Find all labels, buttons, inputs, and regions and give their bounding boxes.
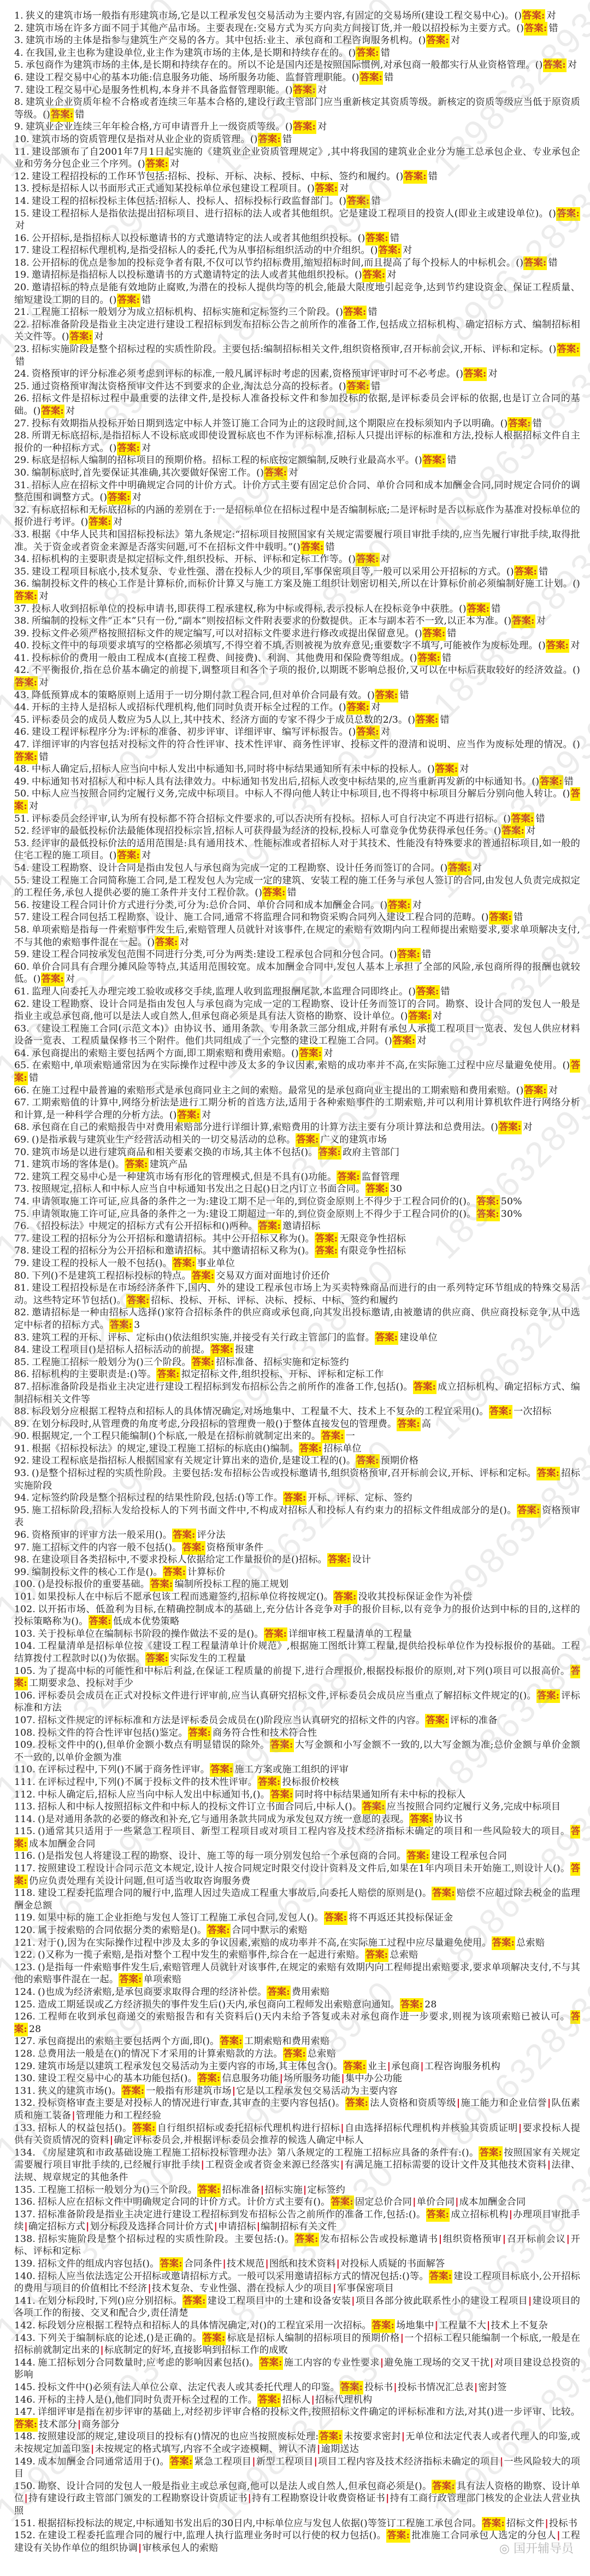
qa-item: 107.招标文件规定的评标标准和方法是评标委员会成员在()阶段应当认真研究的招标…: [14, 1714, 580, 1727]
answer-label-highlight: 答案:: [523, 256, 547, 270]
answer-label-highlight: 答案:: [210, 1343, 234, 1357]
answer-label-highlight: 答案:: [150, 1578, 173, 1591]
answer-option: 对: [141, 443, 151, 454]
question-number: 133.: [14, 2123, 36, 2134]
qa-item: 111.在评标过程中,下列()不属于投标文件的技术性评审。答案:投标报价校核: [14, 1776, 580, 1789]
answer-value: 对: [141, 850, 151, 861]
answer-value: 对: [317, 121, 327, 132]
answer-option: 30%: [501, 1209, 522, 1220]
question-number: 6.: [14, 72, 23, 83]
qa-item: 119.如果中标的施工企业拒绝与发包人签订工程施工承包合同,发包人()。答案:将…: [14, 1912, 580, 1924]
answer-value: 招标准备、招标实施和定标签约: [216, 1357, 349, 1368]
question-text: 建设部颁布了自2001年7月1日起实施的《建筑业企业资质管理规定》,其中将我国的…: [14, 147, 580, 170]
question-text: 在索赔中,单项索赔通常因为在实际操作过程中涉及太多的争议因素,索赔的成功率并不高…: [32, 1060, 570, 1071]
qa-item: 19.邀请招标是指招标人以投标邀请书的方式邀请特定的法人或者其他组织投标。()答…: [14, 269, 580, 282]
question-number: 116.: [14, 1851, 36, 1861]
answer-value: 资格预审条件: [206, 1542, 263, 1553]
answer-option: 对: [536, 616, 546, 627]
qa-item: 120.属于按索赔的合同依据分类的索赔是()。答案:合同中默示的索赔: [14, 1924, 580, 1937]
answer-separator: |: [455, 2197, 459, 2208]
qa-item: 6.建设工程交易中心的基本功能:信息服务功能、场所服务功能、监督管理职能。()答…: [14, 72, 580, 84]
answer-value: 错: [442, 653, 451, 664]
question-text: 建设工程施工合同简称施工合同,是工程发包人为完成一定的建筑、安装工程的施工任务与…: [14, 875, 580, 899]
question-text: 建设工程委托监理合同的履行中,监理人因过失造成工程重大事故后,向委托人赔偿的原则…: [38, 1888, 432, 1899]
answer-value: 对: [536, 616, 546, 627]
answer-label-highlight: 答案:: [546, 639, 569, 653]
answer-value: 低成本优势策略: [113, 1616, 180, 1627]
question-number: 65.: [14, 1060, 29, 1071]
question-number: 93.: [14, 1468, 29, 1479]
answer-option: 错: [491, 604, 500, 614]
answer-option: 未按要求密封: [344, 2431, 401, 2442]
answer-value: 工期索赔和费用索赔: [244, 2036, 330, 2047]
answer-value: 将不再返还其投标保证金: [349, 1912, 453, 1923]
answer-option: 军事保密项目: [337, 2283, 394, 2294]
wechat-account-badge: ◎ 国开辅导员: [499, 2539, 574, 2556]
answer-label-highlight: 答案:: [463, 367, 487, 381]
answer-label-highlight: 答案:: [109, 1319, 133, 1332]
question-text: 建设工程的招标分为公开招标和邀请招标。其中公开招标又称为()。: [32, 1233, 315, 1244]
answer-label-highlight: 答案:: [400, 1998, 423, 2012]
answer-option: 错: [447, 628, 456, 639]
question-number: 53.: [14, 838, 29, 849]
qa-item: 126.工程师在收到承包商递交的索赔报告和有关资料后()天内未给予答复或未对承包…: [14, 2011, 580, 2035]
qa-item: 69.()是指承载与建筑业生产经营活动相关的一切交易活动的总称。答案:广义的建筑…: [14, 1134, 580, 1146]
answer-option: 自由选择招标代理机构并核验其资质证明: [345, 2123, 518, 2134]
qa-item: 41.投标标价的费用一般由工程成本(直接工程费、间接费)、利润、其他费用和保险费…: [14, 652, 580, 665]
answer-label-highlight: 答案:: [447, 862, 471, 875]
question-text: 建筑市场的资质管理仅是指对从业企业的资质管理。(): [32, 134, 258, 145]
question-text: 申请领取施工许可证,应具备的条件之一为:建设工期超过一年的,到位资金原则上不得少…: [32, 1209, 476, 1220]
answer-label-highlight: 答案:: [197, 2183, 221, 2197]
answer-value: 报建: [235, 1344, 254, 1355]
answer-value: 对: [66, 974, 75, 985]
question-text: 建设工程的招标分为公开招标和邀请招标。其中邀请招标又称为()。: [32, 1245, 315, 1256]
answer-value: 事业单位: [197, 1258, 235, 1269]
answer-value: 28: [29, 2024, 41, 2035]
answer-label-highlight: 答案:: [315, 1244, 338, 1258]
qa-item: 68.承包商在自己的索赔报告中对费用索赔部分进行详细计算,索赔费用的计算方法主要…: [14, 1121, 580, 1134]
answer-label-highlight: 答案:: [416, 985, 439, 999]
answer-label-highlight: 答案:: [259, 2356, 283, 2370]
qa-item: 5.承包商作为建筑市场的主体,是长期和持续存在的。所以不论是国内还是按照国际惯例…: [14, 59, 580, 72]
question-number: 150.: [14, 2481, 36, 2492]
answer-label-highlight: 答案:: [299, 1047, 322, 1061]
question-text: 总费用法一般是在()的情况下才采用的计算索赔款的方法。: [38, 2048, 283, 2059]
qa-item: 51.评标委员会经评审,认为所有投标都不符合招标文件要求的,可以否决所有投标。招…: [14, 813, 580, 826]
answer-option: 招标准备: [222, 2185, 260, 2196]
answer-option: 总索赔: [516, 1937, 545, 1948]
answer-label-highlight: 答案:: [432, 2480, 455, 2493]
qa-item: 50.中标人应当按照合同约定履行义务,完成中标项目。中标人不得向他人转让中标项目…: [14, 788, 580, 812]
question-text: 根据招标投标法的规定,中标通知书发出后的30日内,中标单位应与发包人依据()等签…: [38, 2518, 481, 2529]
answer-label-highlight: 答案:: [356, 1454, 379, 1468]
question-number: 125.: [14, 1999, 36, 2010]
answer-option: 单项索赔: [144, 1974, 182, 1985]
answer-value: 总索赔: [516, 1937, 545, 1948]
question-text: 在施工过程中最普遍的索赔形式是承包商同业主之间的索赔。最常见的是承包商向业主提出…: [32, 1085, 524, 1096]
qa-item: 93.()是整个招标过程的实质性阶段。主要包括:发布招标公告或投标邀请书,组织资…: [14, 1467, 580, 1492]
question-text: 建筑市场的客体是()。: [32, 1159, 125, 1170]
answer-label-highlight: 答案:: [283, 1491, 306, 1505]
qa-item: 10.建筑市场的资质管理仅是指对从业企业的资质管理。()答案:错: [14, 133, 580, 146]
question-text: 承包商作为建筑市场的主体,是长期和持续存在的。所以不论是国内还是按照国际惯例,对…: [26, 60, 543, 71]
question-number: 122.: [14, 1949, 36, 1960]
question-text: 工程量清单是招标单位按《建设工程工程量清单计价规范》,根据施工图纸计算工程量,提…: [14, 1641, 580, 1664]
question-number: 57.: [14, 912, 29, 923]
answer-value: 对: [202, 1110, 211, 1121]
qa-item: 148.按照建设部的规定,建设项目的投标有()情况的也应当按照废标处理:答案:未…: [14, 2431, 580, 2455]
qa-item: 99.编制投标文件的核心工作是()。答案:计算标价: [14, 1566, 580, 1579]
question-text: 建设工程交易中心的基本功能:信息服务功能、场所服务功能、监督管理职能。(): [26, 72, 359, 83]
answer-option: 编制所投标工程的施工规划: [174, 1579, 288, 1590]
qa-item: 17.建设工程招标代理机构,是指受招标人的委托,代为从事招标组织活动的中介组织。…: [14, 244, 580, 257]
answer-label-highlight: 答案:: [14, 676, 38, 690]
question-text: 招标准备阶段是指业主决定进行建设工程招标到发布招标公告之前所作的准备工作,包括:…: [38, 2209, 426, 2220]
answer-value: 错: [371, 196, 380, 207]
question-text: 邀请招标是指招标人以投标邀请书的方式邀请特定的法人或者其他组织投标。(): [32, 270, 362, 280]
answer-option: 对: [113, 517, 122, 528]
answer-option: 错: [39, 752, 48, 763]
answer-value: 施工方案或施工组织的评审: [234, 1764, 349, 1775]
question-number: 21.: [14, 307, 29, 318]
answer-option: 工程咨询服务机构: [424, 2061, 500, 2072]
answer-option: 错: [548, 23, 558, 34]
answer-value: 错: [548, 257, 557, 268]
question-number: 82.: [14, 1307, 29, 1318]
question-number: 4.: [14, 48, 23, 58]
question-text: 《建设工程施工合同(示范文本)》由协议书、通用条款、专用条款三部分组成,并附有承…: [14, 1023, 580, 1047]
question-text: 通过资格预审淘汰资格预审文件达不到要求的企业,淘汰总分高的投标者。(): [32, 381, 346, 392]
question-text: 投标资格审查主要是对投标人的情况进行审查,其审查的主要内容包括()。: [38, 2098, 345, 2109]
question-text: 投标文件中的(),但单价金额小数点有明显错误的除外。: [38, 1740, 270, 1750]
qa-item: 117.按照建设工程设计合同示范文本规定,设计人按合同规定时限交付设计资料及文件…: [14, 1863, 580, 1887]
answer-option: 招标文件: [506, 2518, 545, 2529]
answer-option: 政府主管部门: [343, 1147, 399, 1158]
answer-option: 施工方案或施工组织的评审: [234, 1764, 349, 1775]
answer-option: 对: [317, 85, 327, 96]
qa-item: 83.建筑工程的开标、评标、定标由()依法组织实施,并接受有关行政主管部门的监督…: [14, 1332, 580, 1344]
answer-option: 对: [170, 159, 179, 169]
question-text: 下列()不是建筑工程招标投标的特点。: [32, 1271, 191, 1281]
answer-option: 对: [546, 10, 556, 21]
qa-item: 90.根据规定,一个工程只能编制()个标底,一般是在招标前就制定出来的。答案:一: [14, 1430, 580, 1443]
answer-value: 预期价格: [381, 1455, 419, 1466]
answer-option: 定标签约: [307, 2185, 345, 2196]
answer-value: 成本加酬金合同: [29, 1839, 96, 1849]
question-text: 经评审的最低投标价法最能体现招投标宗旨,招标人可获得最为经济的投标,投标人可靠竞…: [32, 826, 501, 836]
answer-option: 对: [15, 220, 25, 231]
answer-label-highlight: 答案:: [267, 1986, 290, 1999]
question-text: 狭义的建筑市场()。: [38, 2086, 121, 2097]
answer-value: 对: [526, 826, 535, 836]
qa-item: 81.建设工程招投标是在市场经济条件下,国内、外的建设工程承包市场上为买卖特殊商…: [14, 1282, 580, 1307]
answer-option: 报建: [235, 1344, 254, 1355]
answer-option: 拟定招标文件,组织投标、开标、评标和定标工作: [181, 1369, 384, 1380]
qa-document: 1.狭义的建筑市场一般指有形建筑市场,它是以工程承发包交易活动为主要内容,有固定…: [0, 0, 590, 2576]
answer-option: 监督管理: [362, 1172, 400, 1182]
answer-option: 持有工程勘察设计收费资格证书: [252, 2493, 385, 2504]
question-text: 工程施工招标一般划分为成立招标机构、招标实施和定标签约三个阶段。(): [32, 307, 343, 318]
qa-item: 45.评标委员会的成员人数应为5人以上,其中技术、经济方面的专家不得少于成员总数…: [14, 714, 580, 727]
question-text: 招标实施阶段是整个招标过程的实质性阶段。主要包括:()。: [38, 2234, 294, 2245]
qa-item: 21.工程施工招标一般划分为成立招标机构、招标实施和定标签约三个阶段。()答案:…: [14, 306, 580, 319]
answer-label-highlight: 答案:: [210, 1763, 233, 1777]
answer-label-highlight: 答案:: [365, 1948, 388, 1962]
question-text: 标段划分应根据工程特点和招标人的具体情况确定,对场地集中、工程量不大、技术上不复…: [32, 1406, 489, 1417]
answer-label-highlight: 答案:: [413, 1380, 436, 1394]
answer-value: 投标报价校核: [282, 1777, 339, 1788]
answer-value: 监督管理: [362, 1172, 400, 1182]
answer-label-highlight: 答案:: [476, 1208, 500, 1221]
answer-option: 开标、评标、定标、签约: [308, 1492, 412, 1503]
answer-value: 对: [548, 1085, 558, 1096]
answer-label-highlight: 答案:: [293, 120, 316, 134]
question-text: 对于(),因为在实际操作过程中涉及太多的争议因素,索赔的成功率并不高,在实际施工…: [38, 1937, 492, 1948]
question-number: 63.: [14, 1023, 29, 1034]
answer-option: 建设工程项目中的土建和设备安装: [208, 2296, 351, 2306]
answer-value: 对: [15, 220, 25, 231]
answer-label-highlight: 答案:: [482, 2517, 505, 2531]
qa-item: 82.邀请招标是一种由招标人选择()家符合招标条件的供应商或承包商,向其发出投标…: [14, 1307, 580, 1331]
question-text: 编制投标文件的核心工作是计算标价,而标价计算又与施工方案及施工组织计划密切相关,…: [32, 578, 580, 589]
answer-label-highlight: 答案:: [356, 46, 379, 60]
answer-label-highlight: 答案:: [422, 627, 446, 641]
answer-option: 项目各部分彼此联系性小的建设工程项目: [356, 2296, 528, 2306]
question-text: 如果投标人在中标后不愿承包该工程而逃避签约,招标单位将按规定()。: [38, 1591, 333, 1602]
answer-option: 错: [399, 690, 409, 701]
question-number: 138.: [14, 2234, 36, 2245]
answer-option: 对: [568, 60, 577, 71]
answer-option: 费用索赔: [292, 1987, 330, 1998]
answer-value: 工期要求急、投标对手少: [29, 1678, 133, 1689]
answer-option: 总索赔: [390, 1949, 418, 1960]
answer-value: 50%: [501, 1196, 522, 1207]
answer-option: 错: [384, 72, 393, 83]
answer-value: 错: [368, 307, 377, 318]
answer-option: 50%: [501, 1196, 522, 1207]
question-number: 77.: [14, 1233, 29, 1244]
question-number: 59.: [14, 949, 29, 960]
answer-label-highlight: 答案:: [14, 751, 38, 764]
qa-item: 29.标底是招标人编制的招标项目的预期价格。招标工程的标底按定额编制,反映行业最…: [14, 454, 580, 467]
answer-option: 承包商: [391, 2061, 420, 2072]
question-number: 64.: [14, 1048, 29, 1059]
question-number: 44.: [14, 702, 29, 713]
answer-value: 场地集中|工程量不大|技术上不复杂: [396, 2320, 548, 2331]
answer-label-highlight: 答案:: [321, 1430, 344, 1443]
question-number: 90.: [14, 1431, 29, 1442]
question-text: 按照建设部的规定,建设项目的投标有()情况的也应当按照废标处理:: [38, 2431, 318, 2442]
question-text: 投标文件的符合性评审包括()鉴定。: [38, 1728, 188, 1738]
answer-value: 对: [141, 443, 151, 454]
answer-label-highlight: 答案:: [375, 689, 398, 702]
answer-option: 信息服务功能: [222, 2073, 279, 2084]
question-number: 143.: [14, 2333, 36, 2344]
answer-option: 商务符合性和技术符合性: [213, 1728, 317, 1738]
answer-option: 错: [390, 233, 399, 244]
answer-option: 预期价格: [381, 1455, 419, 1466]
answer-option: 错: [282, 134, 292, 145]
question-text: 施工招标划分合同数量时,应考虑的影响因素包括()。: [38, 2357, 259, 2368]
answer-option: 28: [424, 1999, 436, 2010]
answer-value: 错: [447, 455, 456, 466]
qa-item: 128.总费用法一般是在()的情况下才采用的计算索赔款的方法。答案:总索赔: [14, 2048, 580, 2060]
answer-separator: |: [336, 2258, 340, 2269]
answer-value: 对: [371, 702, 380, 713]
qa-item: 101.如果投标人在中标后不愿承包该工程而逃避签约,招标单位将按规定()。答案:…: [14, 1591, 580, 1603]
qa-item: 28.所谓无标底招标,是指招标人不设标底或即使设置标底也不作为评标标准,招标人只…: [14, 430, 580, 454]
answer-label-highlight: 答案:: [365, 1182, 389, 1196]
qa-item: 109.投标文件中的(),但单价金额小数点有明显错误的除外。答案:大写金额和小写…: [14, 1739, 580, 1764]
answer-value: 交易双方面对面地讨价还价: [216, 1271, 330, 1281]
question-text: 成本加酬金合同通常适用于()。: [38, 2456, 169, 2467]
qa-item: 55.建设工程施工合同简称施工合同,是工程发包人为完成一定的建筑、安装工程的施工…: [14, 875, 580, 899]
answer-label-highlight: 答案:: [293, 84, 316, 97]
qa-item: 100.()是投标报价的重要基础。答案:编制所投标工程的施工规划: [14, 1578, 580, 1591]
answer-option: 业主: [368, 2061, 387, 2072]
answer-value: 商务符合性和技术符合性: [213, 1728, 317, 1738]
answer-value: 错: [141, 295, 151, 306]
answer-label-highlight: 答案:: [160, 2257, 183, 2271]
qa-item: 66.在施工过程中最普遍的索赔形式是承包商同业主之间的索赔。最常见的是承包商向业…: [14, 1085, 580, 1097]
qa-item: 25.通过资格预审淘汰资格预审文件达不到要求的企业,淘汰总分高的投标者。()答案…: [14, 380, 580, 393]
answer-label-highlight: 答案:: [536, 1689, 560, 1703]
answer-value: 错: [440, 715, 449, 725]
answer-separator: |: [23, 2221, 28, 2232]
answer-option: 对: [288, 467, 298, 478]
question-text: 评标委员会经评审,认为所有投标都不符合招标文件要求的,可以否决所有投标。招标人可…: [32, 813, 511, 824]
answer-label-highlight: 答案:: [155, 936, 178, 950]
answer-value: 对: [488, 368, 497, 379]
answer-option: 有满足施工招标需要的设计文件及其他技术资料: [344, 2159, 546, 2170]
answer-label-highlight: 答案:: [121, 2085, 145, 2098]
question-text: 建筑业企业连续三年年检合格,方可申请晋升上一级资质等级。(): [26, 121, 293, 132]
qa-item: 72.建筑工程交易中心是一种建筑市场有形化的管理模式,但是不具有()功能。答案:…: [14, 1171, 580, 1184]
question-number: 74.: [14, 1196, 29, 1207]
answer-option: 建设单位: [399, 1332, 438, 1343]
question-number: 124.: [14, 1987, 36, 1998]
question-text: 经评审的最低投标价法的适用范围是:具有通用技术、性能标准或者招标人对于其技术、性…: [14, 838, 580, 862]
qa-item: 144.施工招标划分合同数量时,应考虑的影响因素包括()。答案:施工内容的专业性…: [14, 2357, 580, 2381]
answer-option: 错: [514, 912, 523, 923]
answer-value: 错: [441, 986, 450, 997]
answer-value: 错: [539, 566, 548, 577]
answer-value: 对: [570, 640, 580, 651]
qa-item: 108.投标文件的符合性评审包括()鉴定。答案:商务符合性和技术符合性: [14, 1727, 580, 1740]
question-text: 编制投标文件的核心工作是()。: [32, 1567, 163, 1578]
question-text: 招标人应当依法选定公开招标或邀请招标方式。一般可以采用邀请招标方式的情况包括:(…: [38, 2271, 429, 2282]
answer-value: 对: [433, 1011, 442, 1022]
question-text: 建设工程项目标底小,技术复杂、专业性强、潜在投标人少的项目,军事保密项目等,一般…: [32, 566, 514, 577]
question-text: 中标通知书对招标人和中标人具有法律效力。中标通知书发出后,招标人改变中标结果的,…: [32, 776, 539, 787]
answer-option: 错: [381, 48, 390, 58]
answer-label-highlight: 答案:: [429, 2270, 452, 2284]
answer-value: 评分法: [197, 1530, 226, 1541]
answer-option: 划分标段及选择合同计价方式: [90, 2221, 214, 2232]
question-text: 评标委员会的成员人数应为5人以上,其中技术、经济方面的专家不得少于成员总数的2/…: [32, 715, 415, 725]
answer-label-highlight: 答案:: [315, 182, 338, 196]
question-number: 60.: [14, 962, 29, 973]
question-text: 投标文件中的每项要求填写的空格都必须填写,不得空着不填,否则被视为放弃意见;重要…: [32, 640, 546, 651]
answer-option: 事业单位: [197, 1258, 235, 1269]
answer-label-highlight: 答案:: [220, 2035, 243, 2048]
question-text: 承包商提出的索赔主要包括两个方面,即()。: [38, 2036, 219, 2047]
answer-option: 错: [422, 949, 431, 960]
question-text: 按照建设工程设计合同示范文本规定,设计人按合同规定时限交付设计资料及文件后,如果…: [38, 1863, 570, 1874]
answer-label-highlight: 答案:: [145, 157, 169, 171]
question-number: 34.: [14, 554, 29, 565]
answer-separator: |: [316, 2444, 321, 2455]
question-number: 67.: [14, 1097, 29, 1108]
answer-label-highlight: 答案:: [156, 1368, 180, 1381]
qa-item: 98.在建设项目各类招标中,不要求投标人依据给定工作量报价的是()招标。答案:设…: [14, 1554, 580, 1566]
qa-item: 136.招标人应在招标文件中明确规定合同的计价方式。计价方式主要有()。答案:固…: [14, 2196, 580, 2209]
answer-label-highlight: 答案:: [539, 775, 563, 789]
question-number: 98.: [14, 1554, 29, 1565]
answer-label-highlight: 答案:: [262, 886, 286, 900]
qa-item: 79.建设工程的投标人一般不包括()。答案:事业单位: [14, 1257, 580, 1270]
qa-item: 31.招标人应在招标文件中明确规定合同的计价方式。计价方式主要有固定总价合同、单…: [14, 479, 580, 504]
question-text: ()是整个招标过程的实质性阶段。主要包括:发布招标公告或投标邀请书,组织资格预审…: [32, 1468, 536, 1479]
qa-item: 71.建筑市场的客体是()。答案:建筑产品: [14, 1158, 580, 1171]
answer-option: 28: [29, 2024, 41, 2035]
question-text: 建设工程勘察、设计合同是指由发包人与承包商为完成一定的工程勘察、设计任务而签订的…: [32, 863, 447, 874]
answer-option: 自行组织招标或委托招标代理机构进行招标: [157, 2123, 340, 2134]
question-text: 施工招标阶段,招标人发给投标人的下列书面文件中,不构成对招标人和投标人有约束力的…: [32, 1505, 517, 1516]
answer-option: 招标单位: [323, 1443, 362, 1454]
qa-item: 74.申请领取施工许可证,应具备的条件之一为:建设工期不足一年的,到位资金原则上…: [14, 1196, 580, 1208]
question-text: 所谓无标底招标,是指招标人不设标底或即使设置标底也不作为评标标准,招标人只提出评…: [14, 430, 580, 454]
answer-option: 未按规定的格式填写,内容不全或字迹模糊、辨认不清: [95, 2444, 317, 2455]
question-text: 评标委员会成员在正式对投标文件进行评审前,应当认真研究招标文件,评标委员会成员应…: [38, 1690, 536, 1701]
qa-item: 26.招标文件是招标过程中最重要的法律文件,是投标人准备投标文件和参加投标的依据…: [14, 393, 580, 417]
qa-item: 13.授标是招标人以书面形式正式通知某投标单位承包建设工程项目。()答案:对: [14, 183, 580, 195]
answer-value: 招标文件|投标书: [506, 2518, 577, 2529]
answer-label-highlight: 答案:: [386, 2529, 410, 2543]
answer-label-highlight: 答案:: [257, 1776, 281, 1789]
question-number: 132.: [14, 2098, 36, 2109]
question-text: 建设工程招投标的工作环节包括:招标、投标、开标、决标、授标、中标、签约和履约。(…: [32, 171, 404, 182]
answer-label-highlight: 答案:: [145, 1652, 169, 1666]
answer-option: 3: [134, 1320, 140, 1331]
answer-label-highlight: 答案:: [536, 1467, 560, 1480]
answer-value: 计算标价: [187, 1567, 226, 1578]
qa-item: 95.施工招标阶段,招标人发给投标人的下列书面文件中,不构成对招标人和投标人有约…: [14, 1504, 580, 1529]
answer-separator: |: [311, 2394, 315, 2405]
answer-label-highlight: 答案:: [426, 34, 450, 48]
answer-label-highlight: 答案:: [324, 1911, 347, 1925]
question-number: 114.: [14, 1814, 36, 1825]
answer-value: 对: [132, 492, 141, 503]
qa-item: 131.狭义的建筑市场()。答案:一般指有形建筑市场|它是以工程承发包交易活动为…: [14, 2085, 580, 2098]
answer-value: 业主|承包商|工程咨询服务机构: [368, 2061, 500, 2072]
qa-item: 137.招标准备阶段是指业主决定进行建设工程招标到发布招标公告之前所作的准备工作…: [14, 2209, 580, 2233]
question-number: 12.: [14, 171, 29, 182]
answer-label-highlight: 答案:: [177, 1109, 200, 1122]
answer-label-highlight: 答案:: [498, 1121, 522, 1134]
question-number: 152.: [14, 2530, 36, 2541]
answer-separator: |: [332, 2283, 337, 2294]
qa-item: 130.建设工程交易中心的基本功能包括()。答案:信息服务功能|场所服务功能|集…: [14, 2072, 580, 2085]
qa-item: 9.建筑业企业连续三年年检合格,方可申请晋升上一级资质等级。()答案:对: [14, 121, 580, 133]
question-number: 111.: [14, 1777, 36, 1788]
question-number: 33.: [14, 529, 29, 540]
answer-value: 信息服务功能|场所服务功能|集中办公功能: [222, 2073, 402, 2084]
answer-option: 对: [451, 35, 460, 46]
question-number: 110.: [14, 1764, 36, 1775]
answer-option: 错: [371, 381, 380, 392]
